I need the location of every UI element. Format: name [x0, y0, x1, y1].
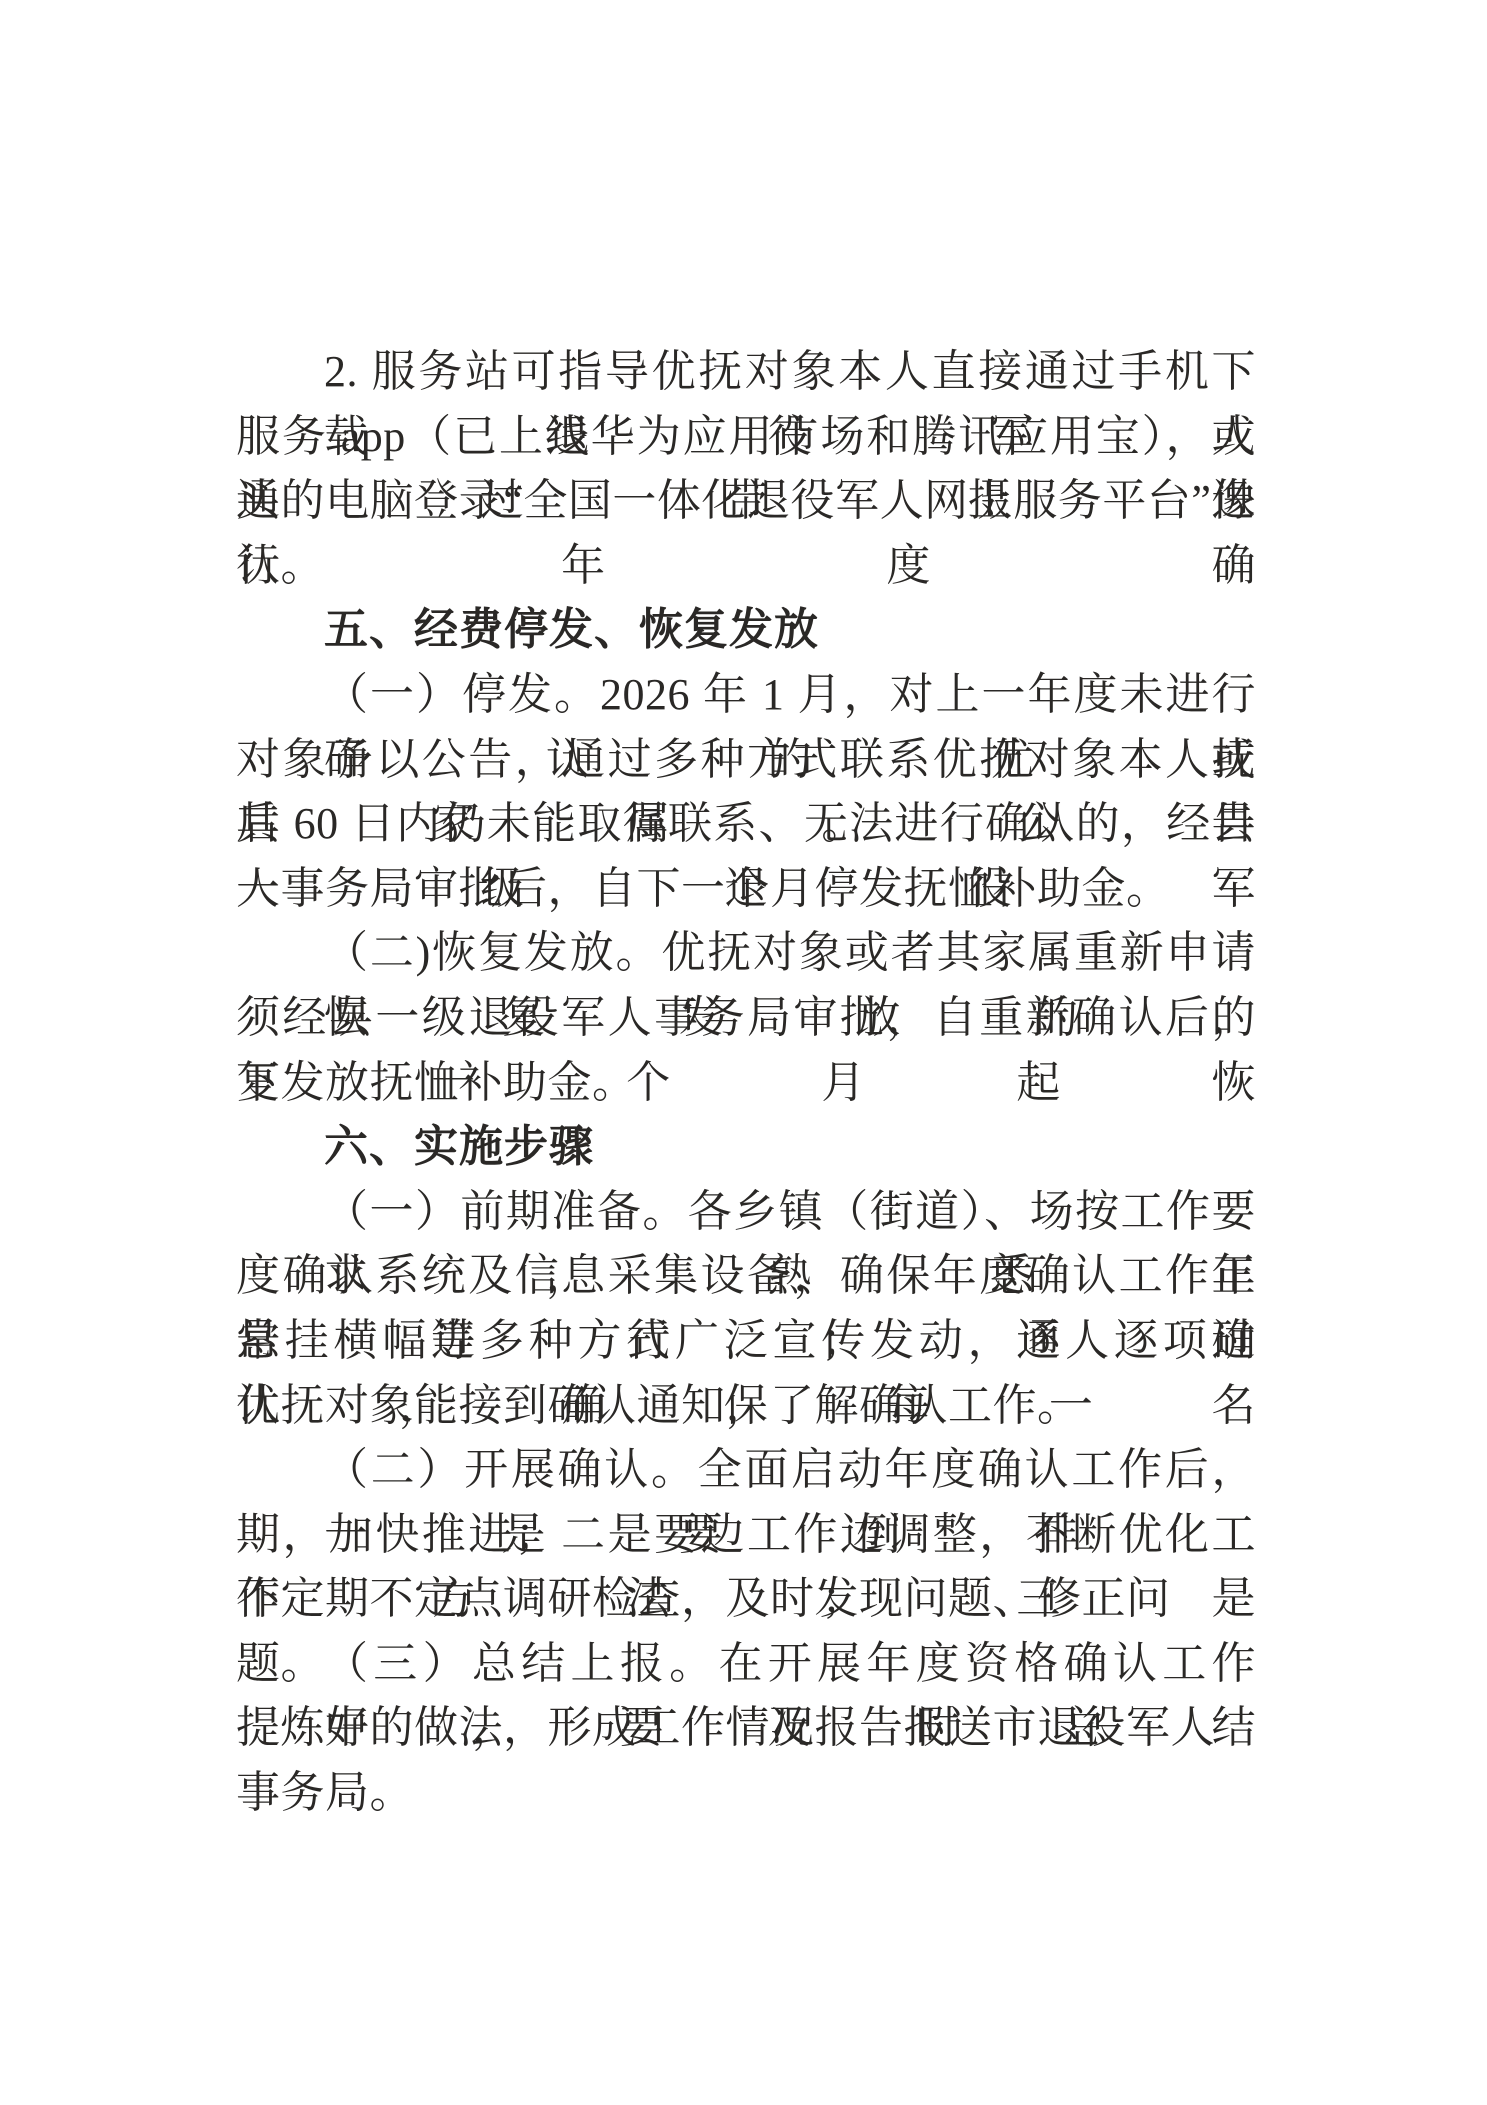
text-line: 人事务局审批后，自下一个月停发抚恤补助金。 — [236, 857, 1256, 922]
text-line: 须经县一级退役军人事务局审批，自重新确认后的下一个月起恢 — [236, 986, 1256, 1051]
text-line: 头的电脑登录“全国一体化退役军人网上服务平台”进行年度确 — [236, 469, 1256, 534]
text-line: 后 60 日内仍未能取得联系、无法进行确认的，经县一级退役军 — [236, 792, 1256, 857]
text-line: 服务 app（已上线华为应用市场和腾讯应用宝），或通过带摄像 — [236, 405, 1256, 470]
text-line: （一）前期准备。各乡镇（街道）、场按工作要求，熟悉年 — [236, 1180, 1256, 1245]
text-line: （三）总结上报。在开展年度资格确认工作中，要及时总结 — [236, 1632, 1256, 1697]
text-line: 度确认系统及信息采集设备，确保年度确认工作正常进行；通过 — [236, 1244, 1256, 1309]
text-line: 悬挂横幅等多种方式广泛宣传发动，逐人逐项确认，确保每一名 — [236, 1309, 1256, 1374]
text-line: （二)恢复发放。优抚对象或者其家属重新申请恢复发放的， — [236, 921, 1256, 986]
text-line: 五、经费停发、恢复发放 — [236, 598, 1256, 663]
document-page: 2. 服务站可指导优抚对象本人直接通过手机下载退役军人服务 app（已上线华为应… — [0, 0, 1487, 2105]
text-line: 六、实施步骤 — [236, 1115, 1256, 1180]
text-line: 期，加快推进；二是要边工作边调整，不断优化工作方法；三是 — [236, 1503, 1256, 1568]
text-line: 对象予以公告，通过多种方式联系优抚对象本人或其家属。公告 — [236, 728, 1256, 793]
text-line: 不定期不定点调研检查，及时发现问题、修正问题。 — [236, 1567, 1256, 1632]
text-line: 2. 服务站可指导优抚对象本人直接通过手机下载退役军人 — [236, 340, 1256, 405]
text-line: （一）停发。2026 年 1 月，对上一年度未进行确认的优抚 — [236, 663, 1256, 728]
text-line: 提炼好的做法，形成工作情况报告报送市退役军人事务局。 — [236, 1696, 1256, 1761]
text-line: （二）开展确认。全面启动年度确认工作后，一是要倒排工 — [236, 1438, 1256, 1503]
document-body: 2. 服务站可指导优抚对象本人直接通过手机下载退役军人服务 app（已上线华为应… — [236, 340, 1256, 1761]
